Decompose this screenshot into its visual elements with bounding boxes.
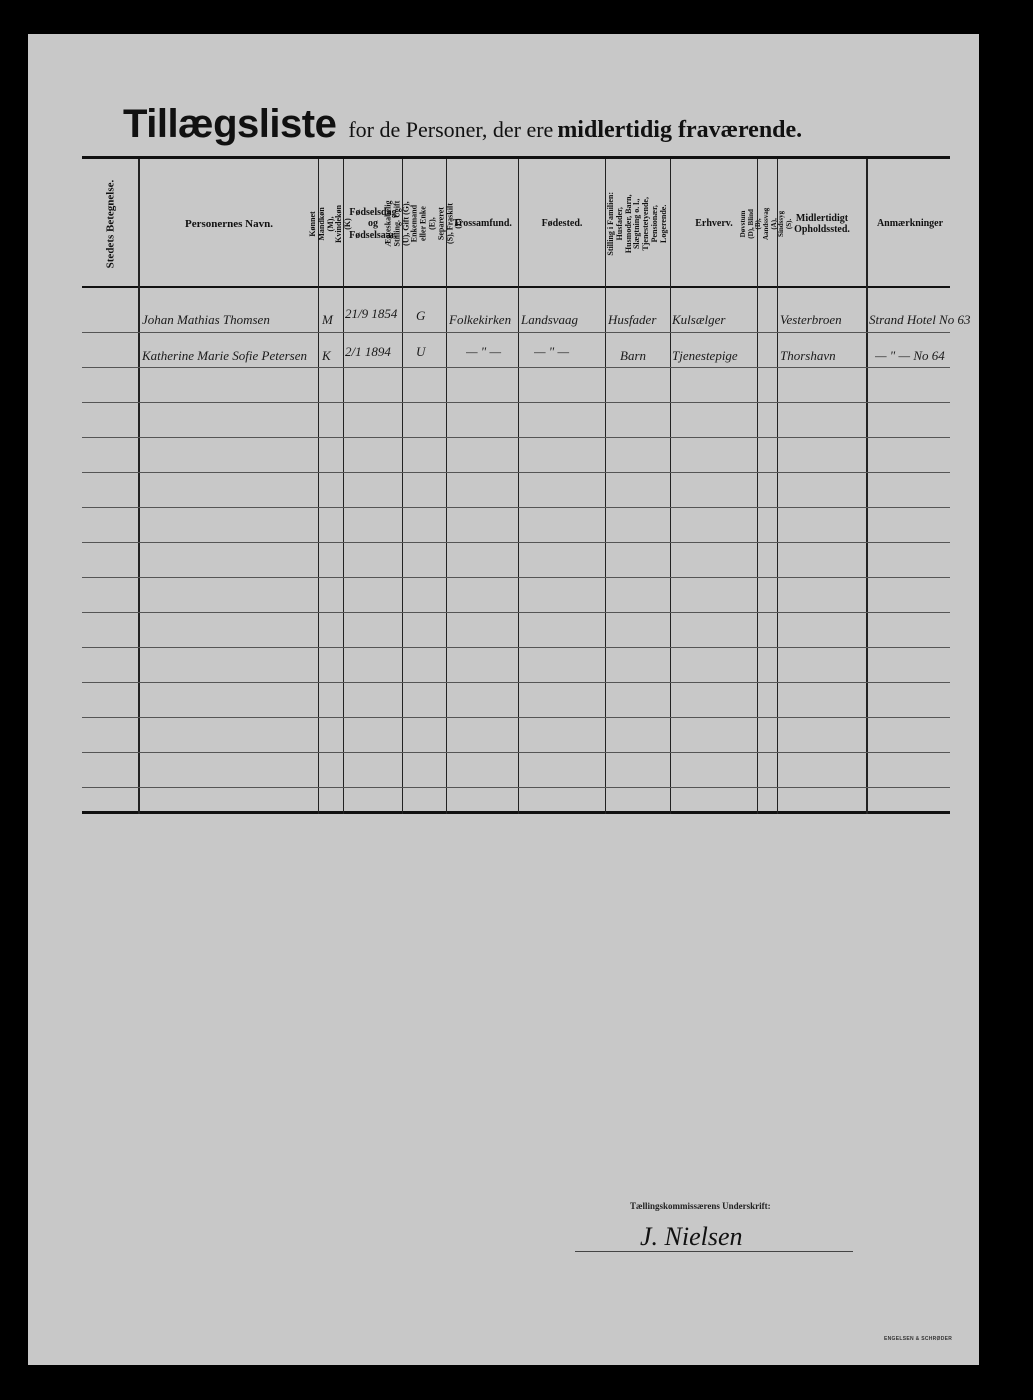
row-line [82, 472, 950, 473]
title-main: Tillægsliste [123, 102, 336, 146]
title-middle: for de Personer, der ere [348, 117, 553, 142]
header-religion: Trossamfund. [447, 162, 518, 286]
header-family-position: Stilling i Familien: Husfader, Husmoder,… [606, 162, 670, 286]
cell-occupation: Kulsælger [672, 312, 756, 328]
cell-family-position: Barn [620, 348, 670, 364]
header-marital: Ægteskabelig Stilling. Ugift (U), Gift (… [403, 162, 446, 286]
signature-line [575, 1251, 853, 1252]
signature: J. Nielsen [640, 1222, 743, 1252]
cell-birth: 21/9 1854 [345, 306, 402, 322]
cell-marital: U [416, 344, 444, 360]
header-place: Stedets Betegnelse. [82, 162, 138, 286]
cell-occupation: Tjenestepige [672, 348, 756, 364]
row-line [82, 507, 950, 508]
cell-temp-residence: Vesterbroen [780, 312, 865, 328]
cell-religion: — " — [466, 344, 516, 360]
bottom-rule [82, 811, 950, 814]
title-emphasis: midlertidig fraværende. [557, 117, 802, 143]
row-line [82, 787, 950, 788]
header-disability: Døvstum (D), Blind (B), Aandssvag (A), S… [758, 162, 777, 286]
row-line [82, 717, 950, 718]
row-line [82, 682, 950, 683]
cell-name: Johan Mathias Thomsen [142, 312, 317, 328]
form-title: Tillægsliste for de Personer, der ere mi… [123, 102, 802, 147]
row-line [82, 402, 950, 403]
cell-marital: G [416, 308, 444, 324]
cell-remarks: — " — No 64 [875, 348, 985, 364]
header-name: Personernes Navn. [140, 162, 318, 286]
row-line [82, 647, 950, 648]
cell-birthplace: Landsvaag [521, 312, 604, 328]
row-line [82, 752, 950, 753]
cell-religion: Folkekirken [449, 312, 517, 328]
top-rule [82, 156, 950, 159]
cell-sex: M [322, 312, 342, 328]
cell-sex: K [322, 348, 342, 364]
printer-mark: ENGELSEN & SCHRØDER [884, 1336, 952, 1342]
row-line [82, 332, 950, 333]
cell-family-position: Husfader [608, 312, 670, 328]
cell-name: Katherine Marie Sofie Petersen [142, 348, 317, 364]
row-line [82, 612, 950, 613]
row-line [82, 577, 950, 578]
header-remarks: Anmærkninger [868, 162, 952, 286]
signature-label: Tællingskommissærens Underskrift: [630, 1201, 771, 1211]
header-bottom-rule [82, 286, 950, 288]
header-sex: Kønnet Mandkøn (M), Kvindekøn (K) [319, 162, 343, 286]
header-birthplace: Fødested. [519, 162, 605, 286]
cell-birthplace: — " — [534, 344, 604, 360]
row-line [82, 367, 950, 368]
cell-remarks: Strand Hotel No 63 [869, 312, 984, 328]
row-line [82, 542, 950, 543]
cell-temp-residence: Thorshavn [780, 348, 865, 364]
row-line [82, 437, 950, 438]
cell-birth: 2/1 1894 [345, 344, 402, 360]
header-temp-residence: Midlertidigt Opholdssted. [778, 162, 866, 286]
